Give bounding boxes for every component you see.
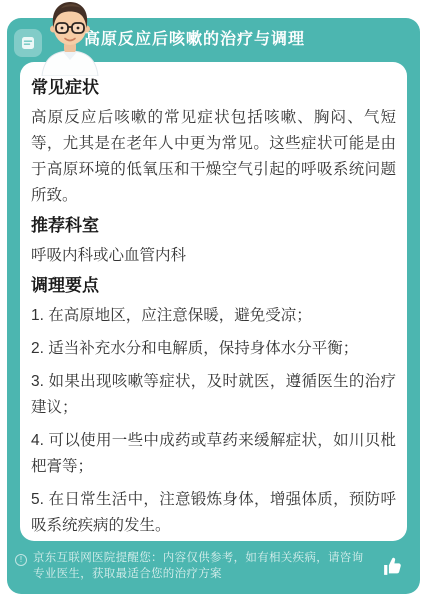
doctor-avatar [34,0,106,76]
thumbs-up-icon[interactable] [381,554,406,584]
article-content-card: 常见症状 高原反应后咳嗽的常见症状包括咳嗽、胸闷、气短等，尤其是在老年人中更为常… [20,62,407,541]
tip-item-2: 2. 适当补充水分和电解质，保持身体水分平衡； [31,336,396,362]
tip-item-5: 5. 在日常生活中，注意锻炼身体，增强体质，预防呼吸系统疾病的发生。 [31,487,396,539]
card-header: 高原反应后咳嗽的治疗与调理 [7,18,420,62]
symptoms-text: 高原反应后咳嗽的常见症状包括咳嗽、胸闷、气短等，尤其是在老年人中更为常见。这些症… [31,105,396,209]
tip-item-3: 3. 如果出现咳嗽等症状，及时就医，遵循医生的治疗建议； [31,369,396,421]
tip-item-4: 4. 可以使用一些中成药或草药来缓解症状，如川贝枇杷膏等； [31,428,396,480]
article-card: 高原反应后咳嗽的治疗与调理 常见症状 高原反应后咳嗽的常见症状包括咳嗽、胸闷、气… [7,18,420,594]
tip-item-1: 1. 在高原地区，应注意保暖，避免受凉； [31,303,396,329]
department-text: 呼吸内科或心血管内科 [31,243,396,269]
section-heading-symptoms: 常见症状 [31,76,396,100]
info-circle-icon: ! [15,554,27,566]
article-title: 高原反应后咳嗽的治疗与调理 [84,29,305,51]
card-footer: ! 京东互联网医院提醒您：内容仅供参考，如有相关疾病，请咨询专业医生，获取最适合… [7,541,420,594]
section-heading-department: 推荐科室 [31,214,396,238]
disclaimer-text: 京东互联网医院提醒您：内容仅供参考，如有相关疾病，请咨询专业医生，获取最适合您的… [33,550,373,582]
health-article-page: 高原反应后咳嗽的治疗与调理 常见症状 高原反应后咳嗽的常见症状包括咳嗽、胸闷、气… [0,0,427,600]
section-heading-tips: 调理要点 [31,274,396,298]
